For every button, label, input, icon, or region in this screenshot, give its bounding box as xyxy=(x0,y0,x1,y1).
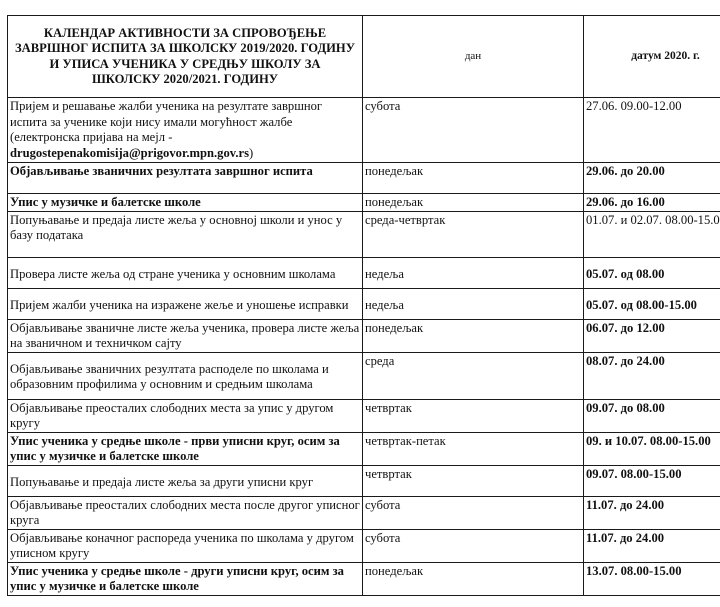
activity-cell: Објављивање преосталих слободних места п… xyxy=(8,496,363,529)
day-cell: понедељак xyxy=(363,163,584,194)
date-cell: 09.07. 08.00-15.00 xyxy=(584,465,720,496)
day-cell: понедељак xyxy=(363,562,584,595)
day-cell: субота xyxy=(363,98,584,163)
table-row: Објављивање коначног распореда ученика п… xyxy=(8,529,720,562)
date-cell: 01.07. и 02.07. 08.00-15.00 xyxy=(584,211,720,257)
table-row: Попуњавање и предаја листе жеља за други… xyxy=(8,465,720,496)
day-cell: субота xyxy=(363,496,584,529)
date-cell: 05.07. од 08.00 xyxy=(584,257,720,288)
day-cell: недеља xyxy=(363,257,584,288)
table-title: КАЛЕНДАР АКТИВНОСТИ ЗА СПРОВОЂЕЊЕ ЗАВРШН… xyxy=(8,16,363,98)
date-cell: 09.07. до 08.00 xyxy=(584,399,720,432)
table-row: Објављивање званичних резултата расподел… xyxy=(8,352,720,399)
table-row: Објављивање званичне листе жеља ученика,… xyxy=(8,319,720,352)
email-address: drugostepenakomisija@prigovor.mpn.gov.rs xyxy=(10,146,249,160)
activity-cell: Пријем и решавање жалби ученика на резул… xyxy=(8,98,363,163)
day-cell: понедељак xyxy=(363,194,584,212)
date-cell: 29.06. до 16.00 xyxy=(584,194,720,212)
activity-cell: Објављивање званичних резултата расподел… xyxy=(8,352,363,399)
table-row: Упис ученика у средње школе - други упис… xyxy=(8,562,720,595)
column-header-day: дан xyxy=(363,16,584,98)
activity-calendar-table: КАЛЕНДАР АКТИВНОСТИ ЗА СПРОВОЂЕЊЕ ЗАВРШН… xyxy=(7,15,720,596)
date-cell: 29.06. до 20.00 xyxy=(584,163,720,194)
date-cell: 11.07. до 24.00 xyxy=(584,496,720,529)
table-row: Објављивање преосталих слободних места п… xyxy=(8,496,720,529)
day-cell: четвртак xyxy=(363,465,584,496)
table-row: Пријем и решавање жалби ученика на резул… xyxy=(8,98,720,163)
day-cell: субота xyxy=(363,529,584,562)
date-cell: 09. и 10.07. 08.00-15.00 xyxy=(584,432,720,465)
table-row: Објављивање преосталих слободних места з… xyxy=(8,399,720,432)
activity-cell: Упис ученика у средње школе - други упис… xyxy=(8,562,363,595)
date-cell: 27.06. 09.00-12.00 xyxy=(584,98,720,163)
activity-cell: Пријем жалби ученика на изражене жеље и … xyxy=(8,288,363,319)
day-cell: среда-четвртак xyxy=(363,211,584,257)
activity-cell: Објављивање коначног распореда ученика п… xyxy=(8,529,363,562)
table-row: Објављивање званичних резултата завршног… xyxy=(8,163,720,194)
activity-cell: Попуњавање и предаја листе жеља за други… xyxy=(8,465,363,496)
date-cell: 13.07. 08.00-15.00 xyxy=(584,562,720,595)
table-row: Упис у музичке и балетске школе понедеља… xyxy=(8,194,720,212)
activity-cell: Објављивање званичне листе жеља ученика,… xyxy=(8,319,363,352)
day-cell: среда xyxy=(363,352,584,399)
table-row: Пријем жалби ученика на изражене жеље и … xyxy=(8,288,720,319)
activity-cell: Провера листе жеља од стране ученика у о… xyxy=(8,257,363,288)
table-row: Провера листе жеља од стране ученика у о… xyxy=(8,257,720,288)
table-row: Упис ученика у средње школе - први уписн… xyxy=(8,432,720,465)
day-cell: недеља xyxy=(363,288,584,319)
column-header-date: датум 2020. г. xyxy=(584,16,720,98)
activity-cell: Упис у музичке и балетске школе xyxy=(8,194,363,212)
activity-cell: Попуњавање и предаја листе жеља у основн… xyxy=(8,211,363,257)
day-cell: четвртак xyxy=(363,399,584,432)
table-row: Попуњавање и предаја листе жеља у основн… xyxy=(8,211,720,257)
date-cell: 06.07. до 12.00 xyxy=(584,319,720,352)
activity-cell: Упис ученика у средње школе - први уписн… xyxy=(8,432,363,465)
activity-cell: Објављивање званичних резултата завршног… xyxy=(8,163,363,194)
day-cell: понедељак xyxy=(363,319,584,352)
date-cell: 11.07. до 24.00 xyxy=(584,529,720,562)
date-cell: 05.07. од 08.00-15.00 xyxy=(584,288,720,319)
table-header-row: КАЛЕНДАР АКТИВНОСТИ ЗА СПРОВОЂЕЊЕ ЗАВРШН… xyxy=(8,16,720,98)
activity-cell: Објављивање преосталих слободних места з… xyxy=(8,399,363,432)
date-cell: 08.07. до 24.00 xyxy=(584,352,720,399)
day-cell: четвртак-петак xyxy=(363,432,584,465)
